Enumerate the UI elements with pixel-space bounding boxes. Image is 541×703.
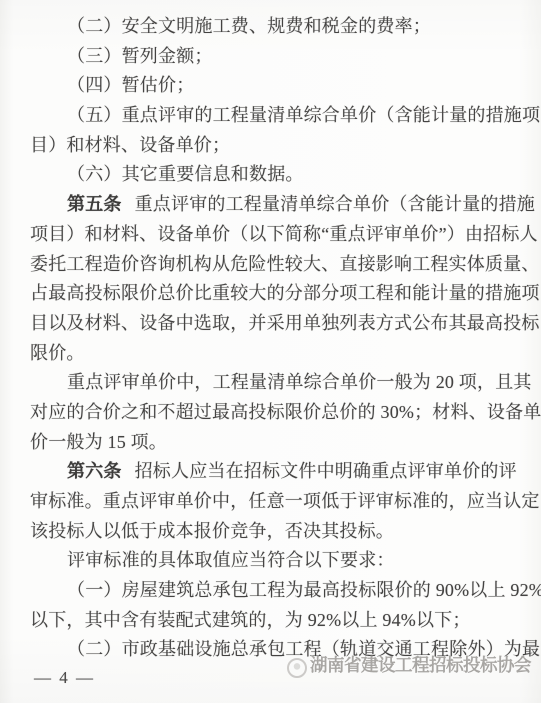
page-number: — 4 — <box>34 667 95 689</box>
text-line: 审标准。重点评审单价中，任意一项低于评审标准的，应当认定 <box>30 487 514 517</box>
text-line: 限价。 <box>30 339 514 369</box>
document-body: （二）安全文明施工费、规费和税金的费率； （三）暂列金额； （四）暂估价； （五… <box>30 12 514 665</box>
text-line: 目以及材料、设备中选取，并采用单独列表方式公布其最高投标 <box>30 309 514 339</box>
text-line: （一）房屋建筑总承包工程为最高投标限价的 90%以上 92% <box>30 576 514 606</box>
text-line: 第六条招标人应当在招标文件中明确重点评审单价的评 <box>30 457 514 487</box>
text-line: 第五条重点评审的工程量清单综合单价（含能计量的措施 <box>30 190 514 220</box>
article-number: 第六条 <box>67 461 122 481</box>
text-line: 对应的合价之和不超过最高投标限价总价的 30%；材料、设备单 <box>30 398 514 428</box>
text-line: （四）暂估价； <box>30 71 514 101</box>
text-line: 目）和材料、设备单价； <box>30 131 514 161</box>
text-line: 以下，其中含有装配式建筑的，为 92%以上 94%以下； <box>30 606 514 636</box>
text-line: （三）暂列金额； <box>30 42 514 72</box>
text-line: 重点评审单价中，工程量清单综合单价一般为 20 项，且其 <box>30 368 514 398</box>
text-line: （二）市政基础设施总承包工程（轨道交通工程除外）为最 <box>30 635 514 665</box>
text-line: 委托工程造价咨询机构从危险性较大、直接影响工程实体质量、 <box>30 250 514 280</box>
text-line: 评审标准的具体取值应当符合以下要求： <box>30 546 514 576</box>
document-page: （二）安全文明施工费、规费和税金的费率； （三）暂列金额； （四）暂估价； （五… <box>0 0 541 703</box>
text-line: 价一般为 15 项。 <box>30 428 514 458</box>
text-line: （五）重点评审的工程量清单综合单价（含能计量的措施项 <box>30 101 514 131</box>
line-text: 招标人应当在招标文件中明确重点评审单价的评 <box>135 461 517 481</box>
text-line: （六）其它重要信息和数据。 <box>30 160 514 190</box>
text-line: 占最高投标限价总价比重较大的分部分项工程和能计量的措施项 <box>30 279 514 309</box>
text-line: （二）安全文明施工费、规费和税金的费率； <box>30 12 514 42</box>
text-line: 项目）和材料、设备单价（以下简称“重点评审单价”）由招标人 <box>30 220 514 250</box>
article-number: 第五条 <box>67 194 122 214</box>
text-line: 该投标人以低于成本报价竞争，否决其投标。 <box>30 517 514 547</box>
line-text: 重点评审的工程量清单综合单价（含能计量的措施 <box>135 194 535 214</box>
